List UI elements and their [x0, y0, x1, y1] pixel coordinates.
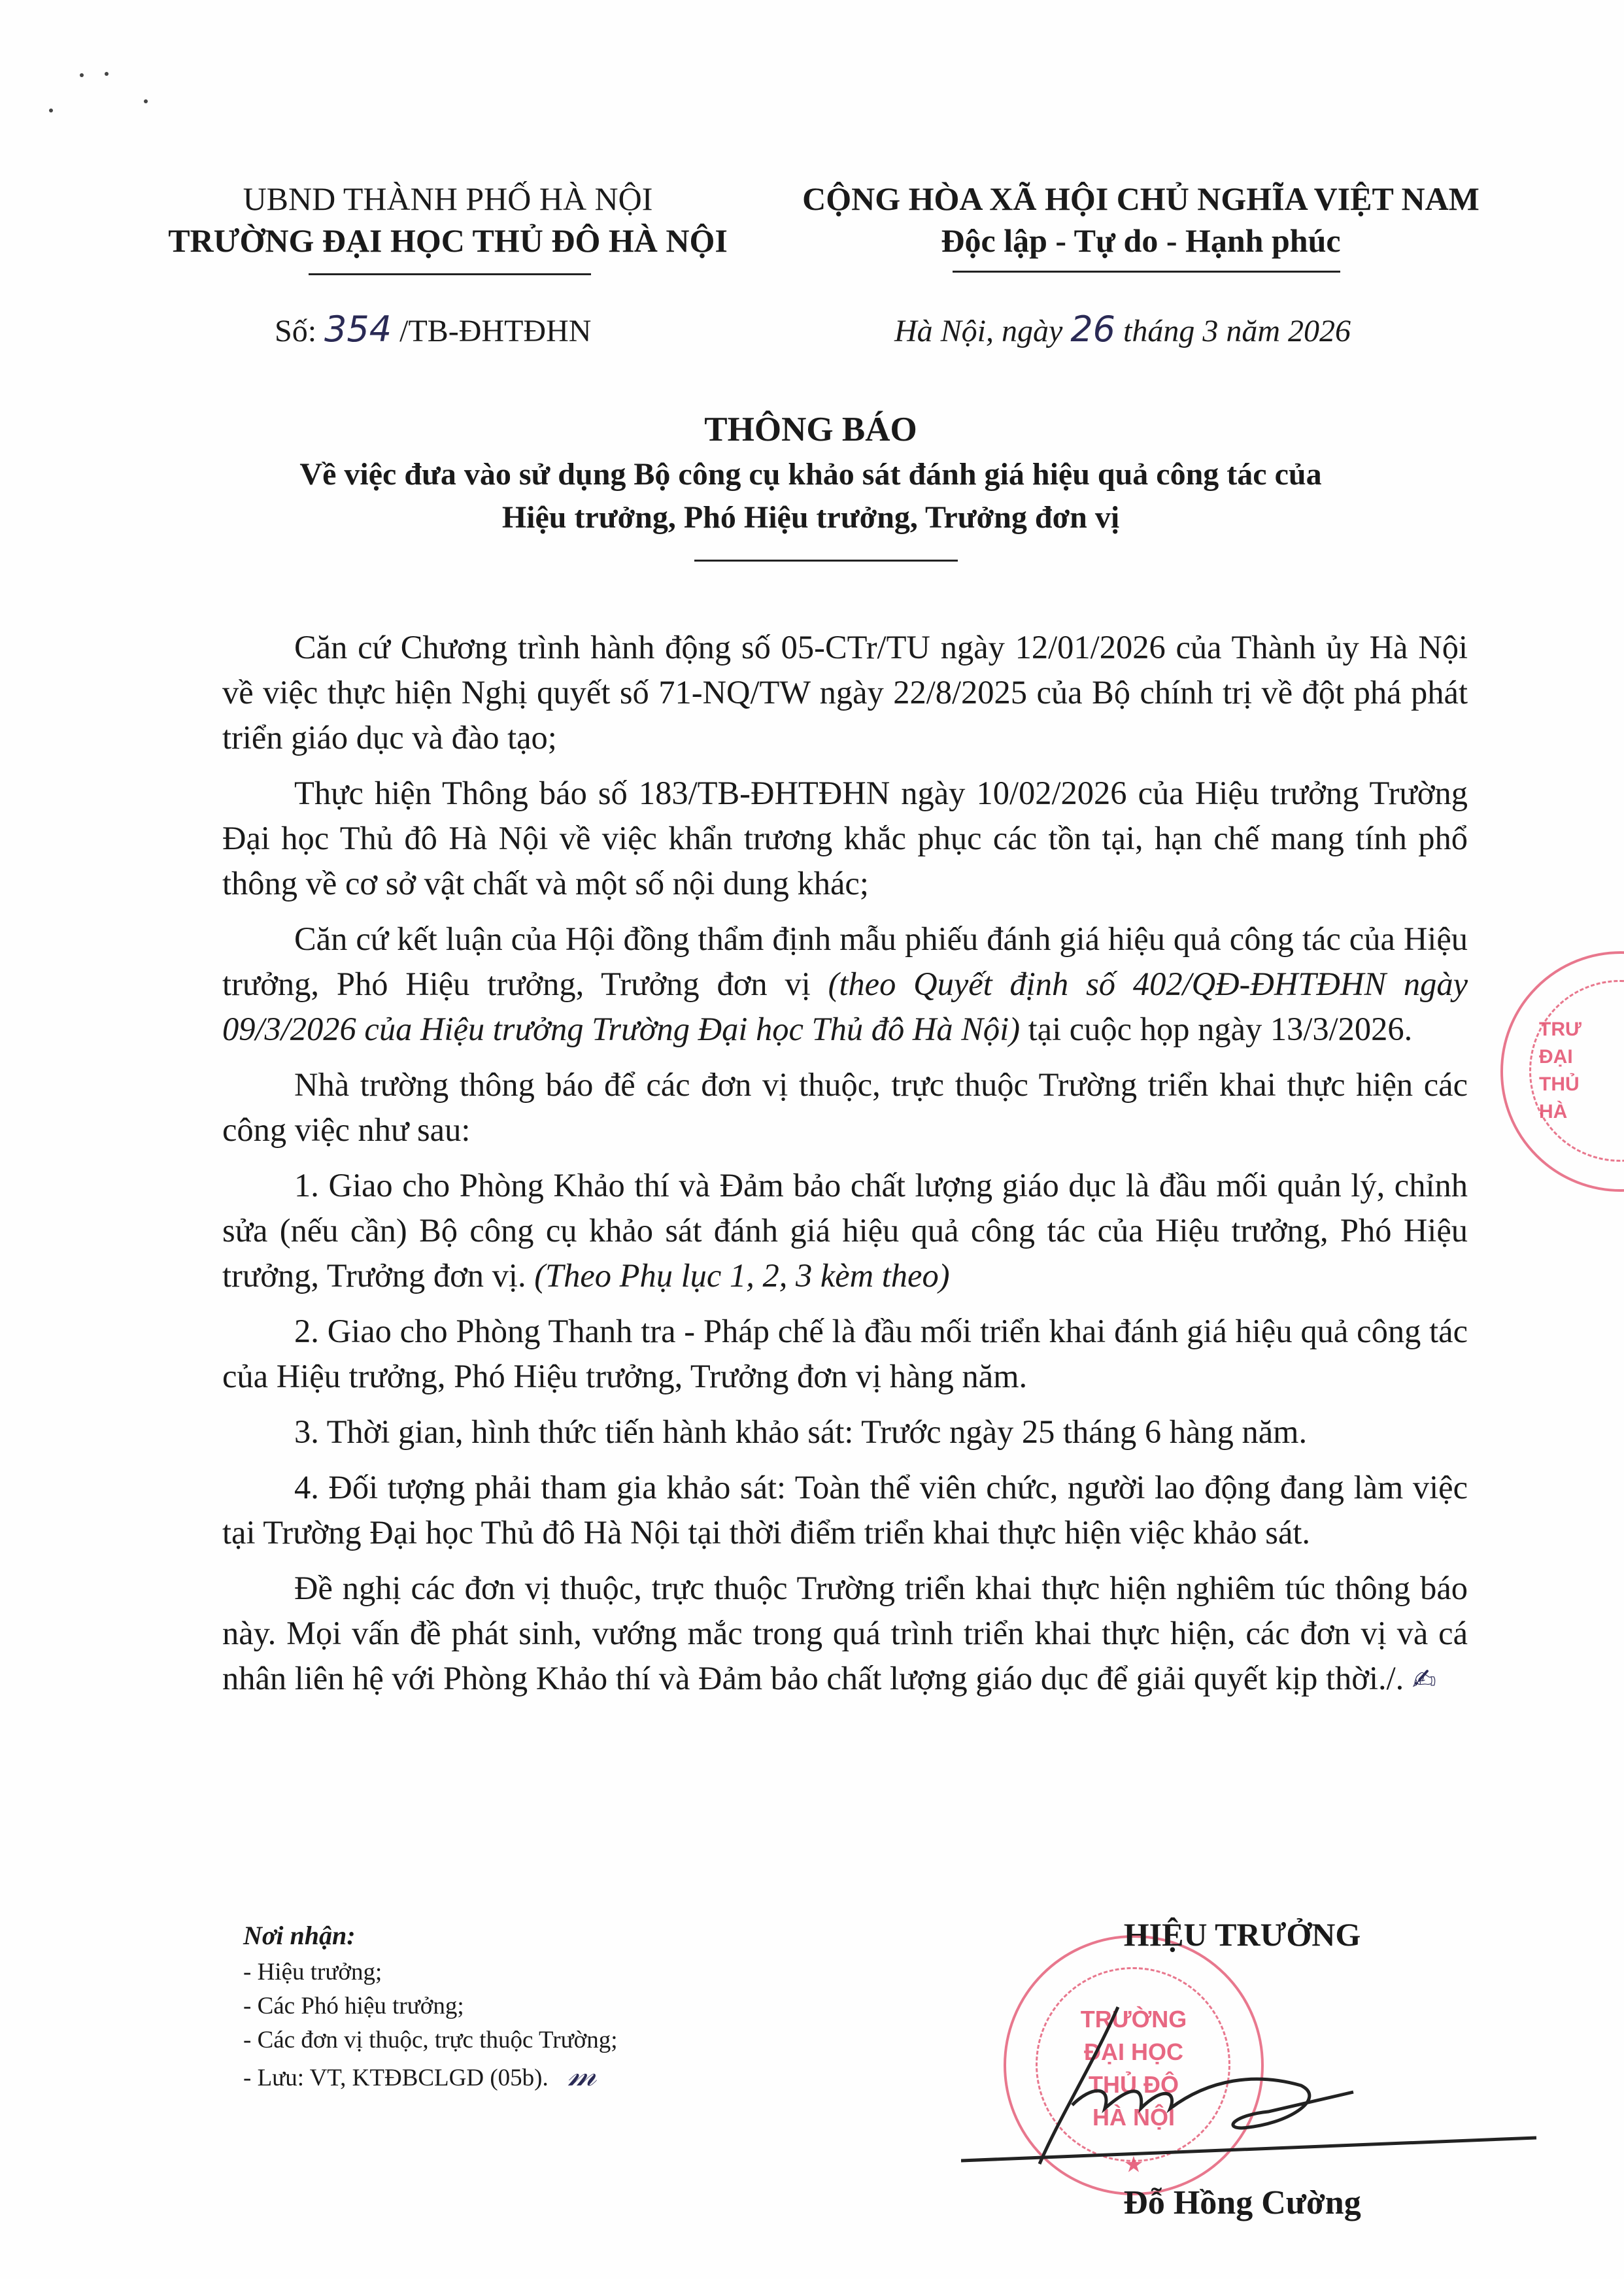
- number-suffix: /TB-ĐHTĐHN: [399, 314, 591, 348]
- task-item-3: 3. Thời gian, hình thức tiến hành khảo s…: [222, 1410, 1468, 1455]
- initial-mark-icon: 𝓂: [567, 2055, 596, 2094]
- seal-line: ĐẠI: [1539, 1043, 1591, 1071]
- subtitle-line-1: Về việc đưa vào sử dụng Bộ công cụ khảo …: [157, 453, 1464, 496]
- document-page: UBND THÀNH PHỐ HÀ NỘI TRƯỜNG ĐẠI HỌC THỦ…: [0, 0, 1624, 2279]
- recipient-item: - Các đơn vị thuộc, trực thuộc Trường;: [243, 2023, 618, 2057]
- scan-speck: [80, 73, 84, 77]
- subtitle-line-2: Hiệu trưởng, Phó Hiệu trưởng, Trưởng đơn…: [157, 496, 1464, 539]
- signature-scribble-icon: [961, 1987, 1549, 2170]
- signer-position: HIỆU TRƯỞNG: [981, 1916, 1504, 1953]
- recipient-item: - Hiệu trưởng;: [243, 1955, 618, 1989]
- handwritten-day: 26: [1070, 309, 1115, 350]
- seal-line: HÀ: [1539, 1098, 1591, 1126]
- document-subtitle: Về việc đưa vào sử dụng Bộ công cụ khảo …: [157, 453, 1464, 539]
- date-suffix: tháng 3 năm 2026: [1123, 314, 1351, 348]
- scan-speck: [49, 109, 53, 112]
- paragraph-basis-1: Căn cứ Chương trình hành động số 05-CTr/…: [222, 625, 1468, 760]
- document-body: Căn cứ Chương trình hành động số 05-CTr/…: [222, 625, 1468, 1713]
- closing-paragraph: Đề nghị các đơn vị thuộc, trực thuộc Trư…: [222, 1566, 1468, 1702]
- recipients-block: Nơi nhận: - Hiệu trưởng; - Các Phó hiệu …: [243, 1919, 618, 2095]
- closing-text: Đề nghị các đơn vị thuộc, trực thuộc Trư…: [222, 1570, 1468, 1697]
- paragraph-basis-3: Căn cứ kết luận của Hội đồng thẩm định m…: [222, 917, 1468, 1052]
- task-1-appendix: (Theo Phụ lục 1, 2, 3 kèm theo): [534, 1257, 949, 1294]
- recipient-item-text: - Lưu: VT, KTĐBCLGD (05b).: [243, 2065, 549, 2091]
- institution-name: TRƯỜNG ĐẠI HỌC THỦ ĐÔ HÀ NỘI: [154, 220, 742, 262]
- issuing-authority: UBND THÀNH PHỐ HÀ NỘI TRƯỜNG ĐẠI HỌC THỦ…: [154, 178, 742, 262]
- national-motto: CỘNG HÒA XÃ HỘI CHỦ NGHĨA VIỆT NAM Độc l…: [758, 178, 1523, 262]
- task-item-1: 1. Giao cho Phòng Khảo thí và Đảm bảo ch…: [222, 1163, 1468, 1298]
- document-title: THÔNG BÁO: [157, 409, 1464, 450]
- handwritten-number: 354: [324, 309, 392, 350]
- header-left-underline: [309, 273, 591, 275]
- seal-inner-text: TRƯ ĐẠI THỦ HÀ: [1539, 1016, 1591, 1126]
- title-underline: [694, 560, 958, 562]
- recipients-title: Nơi nhận:: [243, 1919, 618, 1953]
- paragraph-announcement: Nhà trường thông báo để các đơn vị thuộc…: [222, 1062, 1468, 1153]
- recipient-item: - Các Phó hiệu trưởng;: [243, 1989, 618, 2023]
- paragraph-basis-2: Thực hiện Thông báo số 183/TB-ĐHTĐHN ngà…: [222, 771, 1468, 906]
- number-prefix: Số:: [275, 314, 316, 348]
- signer-name: Đỗ Hồng Cường: [981, 2184, 1504, 2222]
- page-edge-seal: TRƯ ĐẠI THỦ HÀ: [1500, 951, 1624, 1192]
- seal-line: TRƯ: [1539, 1016, 1591, 1043]
- country-name: CỘNG HÒA XÃ HỘI CHỦ NGHĨA VIỆT NAM: [758, 178, 1523, 220]
- scan-speck: [144, 99, 148, 103]
- issue-date: Hà Nội, ngày 26 tháng 3 năm 2026: [894, 309, 1351, 352]
- recipient-item: - Lưu: VT, KTĐBCLGD (05b). 𝓂: [243, 2057, 618, 2095]
- authority-line: UBND THÀNH PHỐ HÀ NỘI: [154, 178, 742, 220]
- task-item-4: 4. Đối tượng phải tham gia khảo sát: Toà…: [222, 1465, 1468, 1555]
- task-item-2: 2. Giao cho Phòng Thanh tra - Pháp chế l…: [222, 1309, 1468, 1399]
- header-right-underline: [953, 271, 1340, 273]
- seal-line: THỦ: [1539, 1071, 1591, 1098]
- initial-mark-icon: ✍: [1412, 1663, 1436, 1697]
- motto: Độc lập - Tự do - Hạnh phúc: [758, 220, 1523, 262]
- date-prefix: Hà Nội, ngày: [894, 314, 1062, 348]
- document-number: Số: 354 /TB-ĐHTĐHN: [275, 309, 591, 352]
- scan-speck: [105, 72, 109, 76]
- basis-3-tail: tại cuộc họp ngày 13/3/2026.: [1020, 1011, 1412, 1047]
